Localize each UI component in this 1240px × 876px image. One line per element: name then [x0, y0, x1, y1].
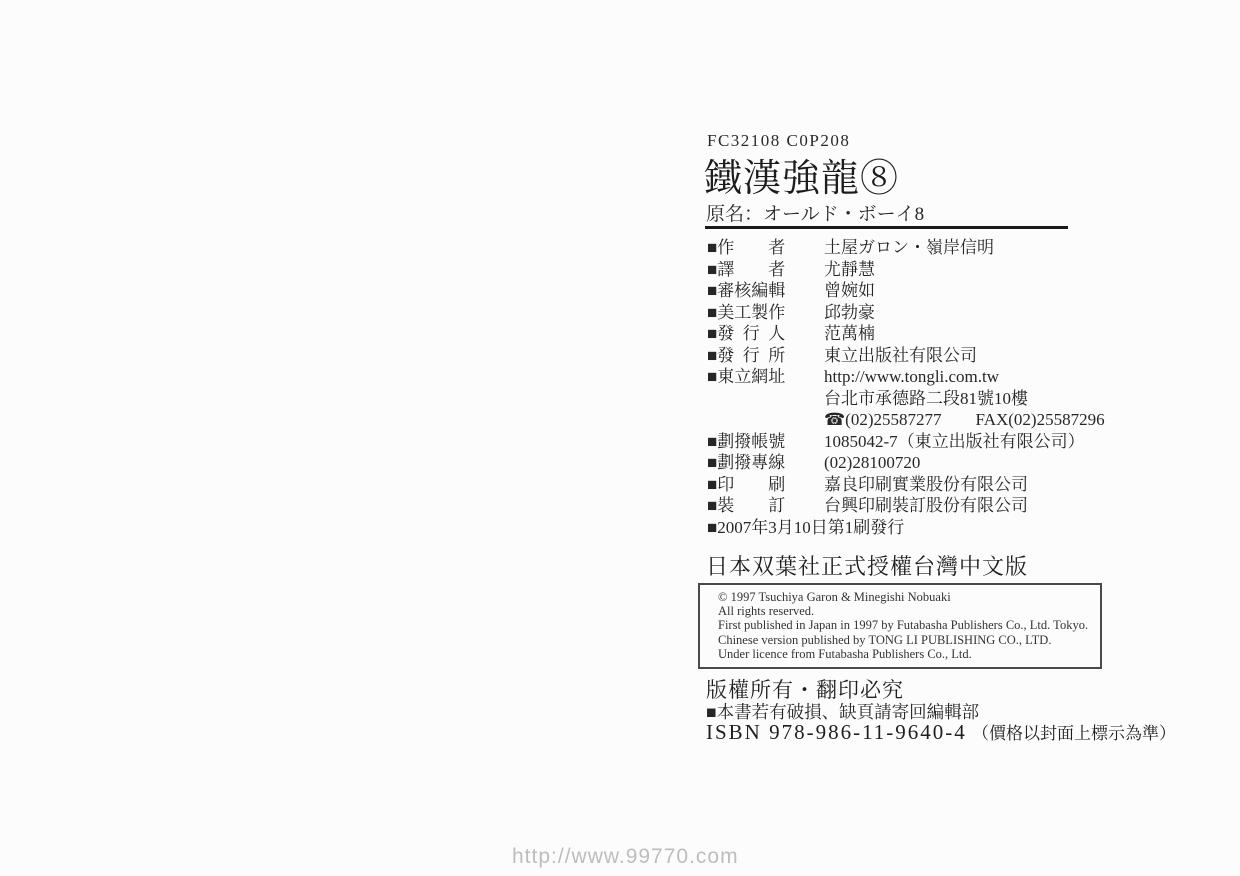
colophon-row: ■審核編輯曾婉如	[707, 280, 1167, 302]
price-note: （價格以封面上標示為準）	[972, 724, 1176, 743]
credit-label: ■美工製作	[707, 302, 824, 324]
credit-label: ■東立網址	[707, 366, 824, 388]
colophon-row: ■發 行 人范萬楠	[707, 323, 1167, 345]
colophon-row: ■作 者土屋ガロン・嶺岸信明	[707, 237, 1167, 259]
credit-value: 曾婉如	[824, 280, 875, 302]
colophon-row: 台北市承德路二段81號10樓	[707, 388, 1167, 410]
colophon-row: ■劃撥帳號1085042-7（東立出版社有限公司）	[707, 431, 1167, 453]
colophon-row: ■裝 訂台興印刷裝訂股份有限公司	[707, 495, 1167, 517]
colophon-credits: ■作 者土屋ガロン・嶺岸信明 ■譯 者尤靜慧 ■審核編輯曾婉如 ■美工製作邱勃豪…	[707, 237, 1167, 538]
publisher-address: 台北市承德路二段81號10樓	[824, 388, 1028, 410]
credit-value: 土屋ガロン・嶺岸信明	[824, 237, 994, 259]
credit-value: 嘉良印刷實業股份有限公司	[824, 474, 1028, 496]
watermark-url: http://www.99770.com	[512, 845, 739, 869]
scanned-colophon-page: FC32108 C0P208 鐵漢強龍⑧ 原名：オールド・ボーイ8 ■作 者土屋…	[0, 0, 1240, 876]
credit-label: ■作 者	[707, 237, 824, 259]
credit-label: ■譯 者	[707, 259, 824, 281]
print-date-line: ■2007年3月10日第1刷發行	[707, 517, 904, 539]
credit-label: ■發 行 所	[707, 345, 824, 367]
credit-label: ■裝 訂	[707, 495, 824, 517]
license-heading: 日本双葉社正式授權台灣中文版	[706, 550, 1028, 581]
colophon-row: ■2007年3月10日第1刷發行	[707, 517, 1167, 539]
credit-label: ■印 刷	[707, 474, 824, 496]
colophon-row: ■譯 者尤靜慧	[707, 259, 1167, 281]
isbn-number: ISBN 978-986-11-9640-4	[706, 720, 967, 744]
book-title: 鐵漢強龍⑧	[704, 147, 899, 202]
credit-value: 范萬楠	[824, 323, 875, 345]
colophon-row: ■發 行 所東立出版社有限公司	[707, 345, 1167, 367]
colophon-row: ■劃撥專線(02)28100720	[707, 452, 1167, 474]
colophon-row: ■美工製作邱勃豪	[707, 302, 1167, 324]
credit-label: ■審核編輯	[707, 280, 824, 302]
credit-label	[707, 409, 824, 431]
credit-value: 邱勃豪	[824, 302, 875, 324]
colophon-row: ■東立網址http://www.tongli.com.tw	[707, 366, 1167, 388]
original-title: 原名：オールド・ボーイ8	[706, 199, 924, 226]
credit-value: 東立出版社有限公司	[824, 345, 977, 367]
colophon-row: ■印 刷嘉良印刷實業股份有限公司	[707, 474, 1167, 496]
credit-label: ■劃撥專線	[707, 452, 824, 474]
credit-label: ■發 行 人	[707, 323, 824, 345]
phone-fax-line: ☎(02)25587277 FAX(02)25587296	[824, 409, 1105, 431]
copyright-box: © 1997 Tsuchiya Garon & Minegishi Nobuak…	[698, 583, 1102, 669]
copyright-line: All rights reserved.	[718, 605, 1100, 618]
credit-label: ■劃撥帳號	[707, 431, 824, 453]
copyright-line: Chinese version published by TONG LI PUB…	[718, 634, 1100, 647]
credit-value: 1085042-7（東立出版社有限公司）	[824, 431, 1085, 453]
colophon-row: ☎(02)25587277 FAX(02)25587296	[707, 409, 1167, 431]
copyright-line: © 1997 Tsuchiya Garon & Minegishi Nobuak…	[718, 591, 1100, 604]
credit-value: 台興印刷裝訂股份有限公司	[824, 495, 1028, 517]
credit-value: 尤靜慧	[824, 259, 875, 281]
title-divider	[705, 226, 1068, 229]
copyright-line: Under licence from Futabasha Publishers …	[718, 648, 1100, 661]
credit-value: (02)28100720	[824, 452, 920, 474]
copyright-line: First published in Japan in 1997 by Futa…	[718, 619, 1100, 632]
credit-label	[707, 388, 824, 410]
publisher-url: http://www.tongli.com.tw	[824, 366, 999, 388]
isbn-line: ISBN 978-986-11-9640-4 （價格以封面上標示為準）	[706, 719, 1176, 745]
